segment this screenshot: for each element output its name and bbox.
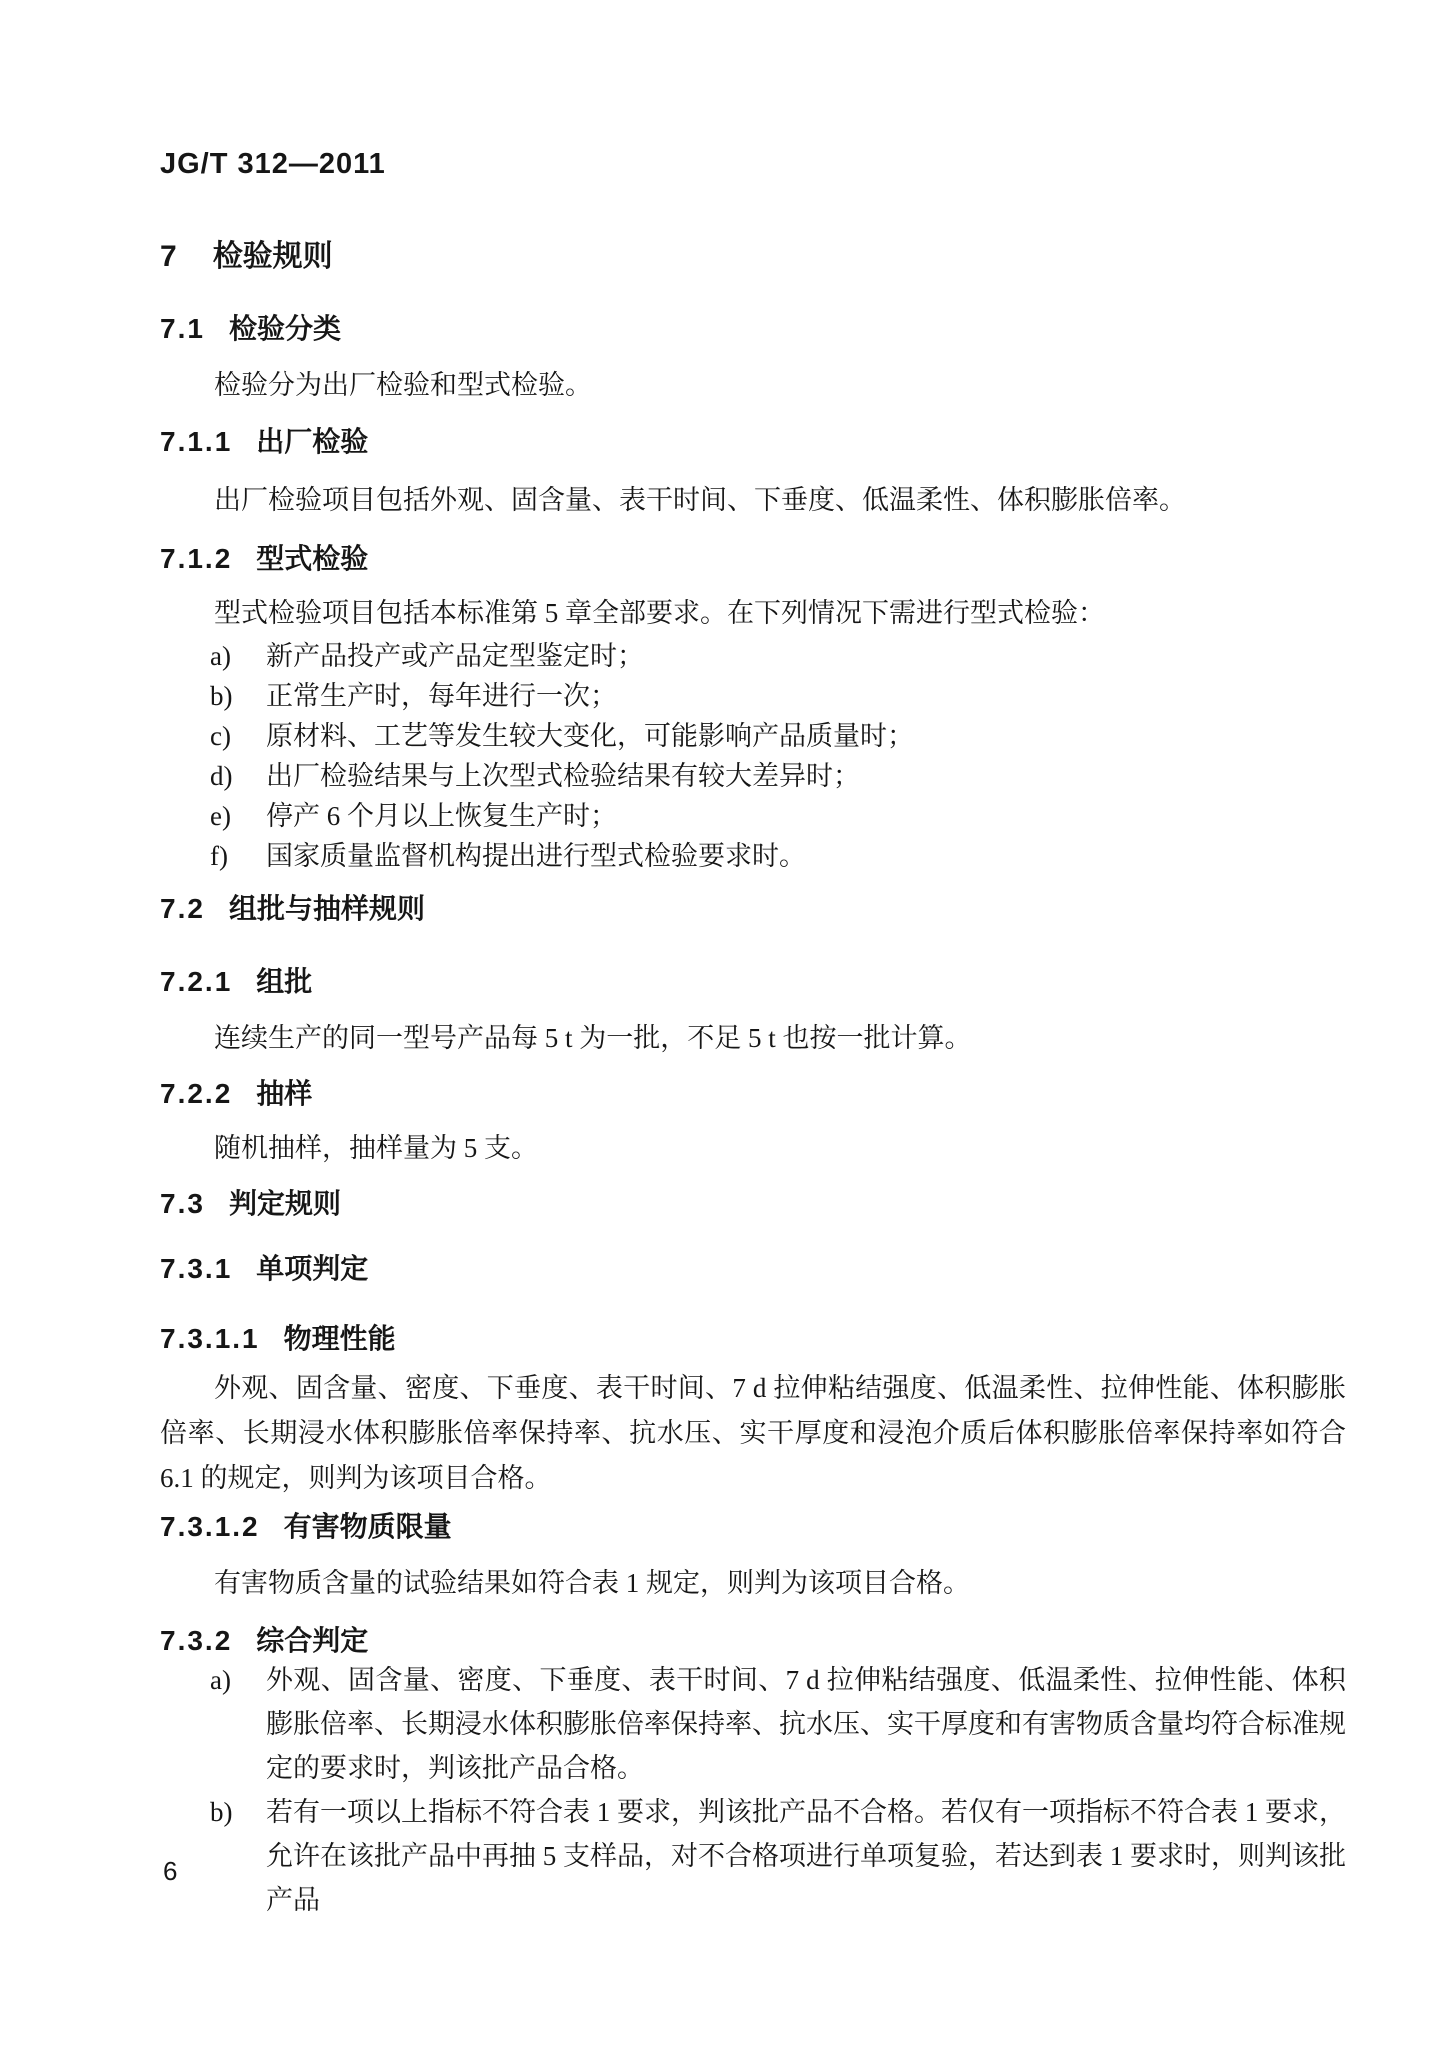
section-title: 有害物质限量	[284, 1511, 452, 1542]
section-number: 7.3.2	[160, 1624, 232, 1658]
section-number: 7.1	[160, 312, 205, 346]
section-title: 单项判定	[256, 1253, 368, 1284]
list-item-text: 原材料、工艺等发生较大变化，可能影响产品质量时；	[266, 721, 914, 751]
list-item-text: 停产 6 个月以上恢复生产时；	[266, 801, 617, 831]
section-heading-7-1-2: 7.1.2型式检验	[160, 542, 1346, 576]
section-number: 7.1.2	[160, 542, 232, 576]
list-item-text: 正常生产时，每年进行一次；	[266, 681, 617, 711]
section-title: 物理性能	[284, 1323, 396, 1354]
list-item-text: 新产品投产或产品定型鉴定时；	[266, 641, 644, 671]
section-number: 7	[160, 240, 179, 274]
paragraph-batching-rule: 连续生产的同一型号产品每 5 t 为一批，不足 5 t 也按一批计算。	[160, 1016, 1346, 1061]
section-title: 检验规则	[213, 240, 333, 273]
section-title: 判定规则	[229, 1188, 341, 1219]
list-item-text: 若有一项以上指标不符合表 1 要求，判该批产品不合格。若仅有一项指标不符合表 1…	[266, 1797, 1346, 1915]
list-item-marker: f)	[210, 836, 228, 876]
section-number: 7.3	[160, 1187, 205, 1221]
list-item-marker: a)	[210, 636, 231, 676]
paragraph-inspection-classes: 检验分为出厂检验和型式检验。	[160, 363, 1346, 408]
section-title: 组批与抽样规则	[229, 893, 425, 924]
section-heading-7-2-2: 7.2.2抽样	[160, 1077, 1346, 1111]
list-item-marker: b)	[210, 1790, 233, 1834]
section-heading-7-1: 7.1检验分类	[160, 312, 1346, 346]
section-heading-7-3: 7.3判定规则	[160, 1187, 1346, 1221]
section-title: 出厂检验	[256, 426, 368, 457]
standard-code: JG/T 312—2011	[160, 147, 1346, 181]
type-test-conditions-list: a)新产品投产或产品定型鉴定时； b)正常生产时，每年进行一次； c)原材料、工…	[160, 636, 1346, 876]
list-item: b)若有一项以上指标不符合表 1 要求，判该批产品不合格。若仅有一项指标不符合表…	[160, 1790, 1346, 1922]
list-item: f)国家质量监督机构提出进行型式检验要求时。	[160, 836, 1346, 876]
list-item-text: 出厂检验结果与上次型式检验结果有较大差异时；	[266, 761, 860, 791]
list-item: a)新产品投产或产品定型鉴定时；	[160, 636, 1346, 676]
section-number: 7.2.1	[160, 965, 232, 999]
section-title: 综合判定	[256, 1625, 368, 1656]
paragraph-type-test-intro: 型式检验项目包括本标准第 5 章全部要求。在下列情况下需进行型式检验：	[160, 591, 1346, 636]
section-heading-7-1-1: 7.1.1出厂检验	[160, 425, 1346, 459]
page-number: 6	[163, 1856, 177, 1887]
section-heading-7-3-1: 7.3.1单项判定	[160, 1252, 1346, 1286]
section-number: 7.2.2	[160, 1077, 232, 1111]
section-heading-7-3-1-2: 7.3.1.2有害物质限量	[160, 1510, 1346, 1544]
document-page: JG/T 312—2011 7检验规则 7.1检验分类 检验分为出厂检验和型式检…	[0, 0, 1448, 2048]
section-heading-7-3-1-1: 7.3.1.1物理性能	[160, 1322, 1346, 1356]
comprehensive-judgement-list: a)外观、固含量、密度、下垂度、表干时间、7 d 拉伸粘结强度、低温柔性、拉伸性…	[160, 1658, 1346, 1922]
section-heading-7-2: 7.2组批与抽样规则	[160, 892, 1346, 926]
paragraph-hazardous-substance-rule: 有害物质含量的试验结果如符合表 1 规定，则判为该项目合格。	[160, 1561, 1346, 1606]
list-item-text: 国家质量监督机构提出进行型式检验要求时。	[266, 841, 806, 871]
section-title: 组批	[256, 966, 312, 997]
section-heading-7-3-2: 7.3.2综合判定	[160, 1624, 1346, 1658]
paragraph-physical-properties-rule: 外观、固含量、密度、下垂度、表干时间、7 d 拉伸粘结强度、低温柔性、拉伸性能、…	[160, 1366, 1346, 1501]
paragraph-sampling-rule: 随机抽样，抽样量为 5 支。	[160, 1126, 1346, 1171]
list-item: a)外观、固含量、密度、下垂度、表干时间、7 d 拉伸粘结强度、低温柔性、拉伸性…	[160, 1658, 1346, 1790]
list-item-marker: e)	[210, 796, 231, 836]
section-number: 7.3.1.1	[160, 1322, 260, 1356]
list-item-marker: d)	[210, 756, 233, 796]
list-item: e)停产 6 个月以上恢复生产时；	[160, 796, 1346, 836]
list-item-marker: b)	[210, 676, 233, 716]
paragraph-factory-inspection-items: 出厂检验项目包括外观、固含量、表干时间、下垂度、低温柔性、体积膨胀倍率。	[160, 478, 1346, 523]
section-title: 检验分类	[229, 313, 341, 344]
list-item-marker: c)	[210, 716, 231, 756]
section-title: 型式检验	[256, 543, 368, 574]
page-content: JG/T 312—2011 7检验规则 7.1检验分类 检验分为出厂检验和型式检…	[160, 147, 1346, 1922]
section-number: 7.2	[160, 892, 205, 926]
list-item: c)原材料、工艺等发生较大变化，可能影响产品质量时；	[160, 716, 1346, 756]
list-item: b)正常生产时，每年进行一次；	[160, 676, 1346, 716]
list-item-text: 外观、固含量、密度、下垂度、表干时间、7 d 拉伸粘结强度、低温柔性、拉伸性能、…	[266, 1665, 1346, 1783]
section-number: 7.1.1	[160, 425, 232, 459]
section-heading-7-2-1: 7.2.1组批	[160, 965, 1346, 999]
section-title: 抽样	[256, 1078, 312, 1109]
list-item-marker: a)	[210, 1658, 231, 1702]
list-item: d)出厂检验结果与上次型式检验结果有较大差异时；	[160, 756, 1346, 796]
section-number: 7.3.1.2	[160, 1510, 260, 1544]
section-number: 7.3.1	[160, 1252, 232, 1286]
section-heading-7: 7检验规则	[160, 240, 1346, 274]
